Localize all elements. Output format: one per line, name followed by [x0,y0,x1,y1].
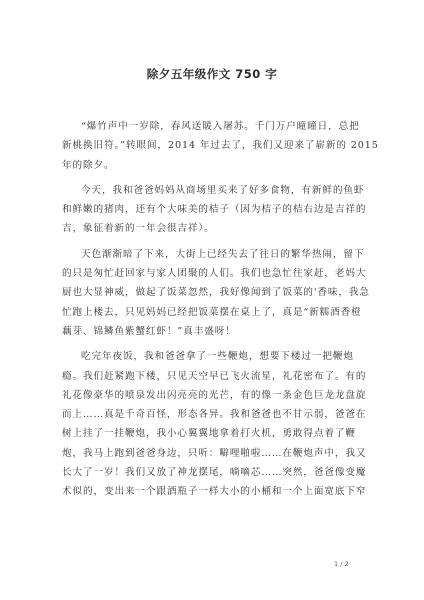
text-line: 术似的，变出来一个跟酒瓶子一样大小的小桶和一个上面宽底下窄 [62,482,362,501]
text-line: 吃完年夜饭，我和爸爸拿了一些鞭炮，想要下楼过一把鞭炮 [62,347,362,366]
text-line: 树上挂了一挂鞭炮，我小心翼翼地拿着打火机，勇敢得点着了鞭 [62,424,362,443]
text-line: 吉，象征着新的一年会很吉祥）。 [62,219,362,238]
paragraph-3: 天色渐渐暗了下来，大街上已经失去了往日的繁华热闹，留下 的只是匆忙赶回家与家人团… [62,245,362,341]
paragraph-4: 吃完年夜饭，我和爸爸拿了一些鞭炮，想要下楼过一把鞭炮 瘾。我们赶紧跑下楼，只见天… [62,347,362,501]
text-line: 长大了一岁！我们又放了神龙摆尾，嘀嘀芯……突然，爸爸像变魔 [62,463,362,482]
text-line: “爆竹声中一岁除，春风送暖入屠苏。千门万户曈曈日，总把 [62,117,362,136]
page-number: 1 / 2 [334,560,349,568]
paragraph-1: “爆竹声中一岁除，春风送暖入屠苏。千门万户曈曈日，总把 新桃换旧符。”转眼间，2… [62,117,362,175]
text-line: 年的除夕。 [62,156,362,175]
text-line: 天色渐渐暗了下来，大街上已经失去了往日的繁华热闹，留下 [62,245,362,264]
document-body: “爆竹声中一岁除，春风送暖入屠苏。千门万户曈曈日，总把 新桃换旧符。”转眼间，2… [62,117,362,502]
text-line: 新桃换旧符。”转眼间，2014 年过去了，我们又迎来了崭新的 2015 [62,136,362,155]
text-line: 今天，我和爸爸妈妈从商场里买来了好多食物，有新鲜的鱼虾 [62,181,362,200]
text-line: 的只是匆忙赶回家与家人团聚的人们。我们也急忙往家赶，老妈大 [62,264,362,283]
text-line: 和鲜嫩的猪肉，还有个大味美的桔子（因为桔子的桔右边是吉祥的 [62,200,362,219]
text-line: 而上……真是千奇百怪，形态各异。我和爸爸也不甘示弱，爸爸在 [62,405,362,424]
document-title: 除夕五年级作文 750 字 [0,66,424,82]
text-line: 藕芽、锦鳞鱼紫蟹红虾！”真丰盛呀！ [62,322,362,341]
text-line: 忙跑上楼去，只见妈妈已经把饭菜摆在桌上了，真是“新糯酒香橙 [62,303,362,322]
text-line: 礼花像豪华的喷泉发出闪亮亮的光芒，有的像一条金色巨龙龙盘旋 [62,386,362,405]
document-page: 除夕五年级作文 750 字 “爆竹声中一岁除，春风送暖入屠苏。千门万户曈曈日，总… [0,0,424,600]
paragraph-2: 今天，我和爸爸妈妈从商场里买来了好多食物，有新鲜的鱼虾 和鲜嫩的猪肉，还有个大味… [62,181,362,239]
text-line: 炮，我马上跑到爸爸身边，只听：噼哩啪啦……在鞭炮声中，我又 [62,444,362,463]
text-line: 瘾。我们赶紧跑下楼，只见天空早已飞火流星，礼花密布了。有的 [62,367,362,386]
text-line: 厨也大显神威，做起了饭菜忽然，我好像闻到了饭菜的'香味，我急 [62,283,362,302]
